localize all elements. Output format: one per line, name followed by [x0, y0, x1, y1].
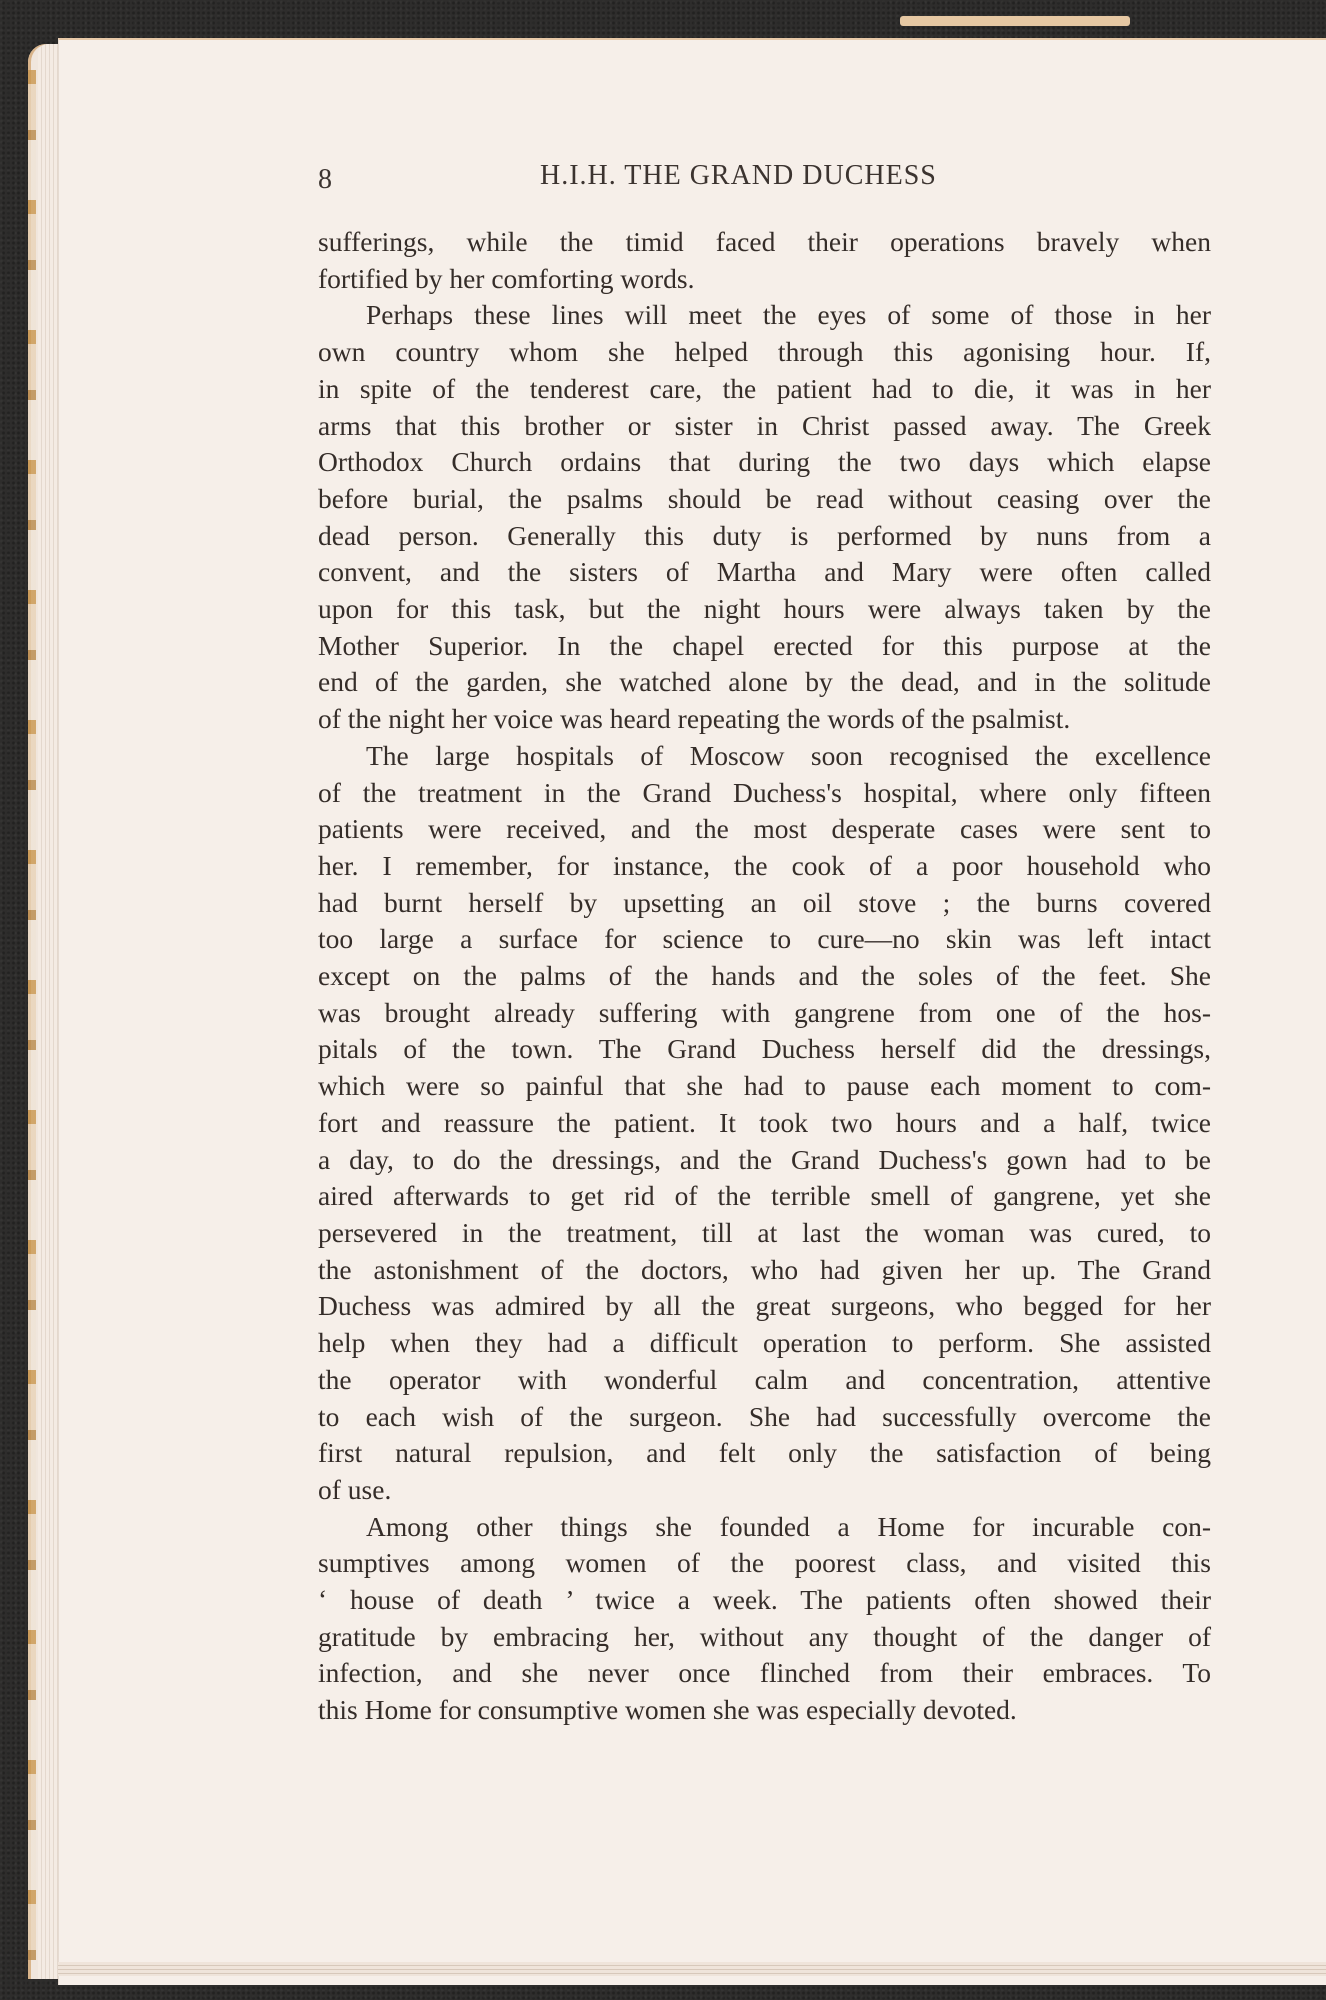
text-line: sumptives among women of the poorest cla…: [318, 1545, 1211, 1582]
text-line: first natural repulsion, and felt only t…: [318, 1435, 1211, 1472]
text-line: too large a surface for science to cure—…: [318, 921, 1211, 958]
text-line: before burial, the psalms should be read…: [318, 481, 1211, 518]
text-line: was brought already suffering with gangr…: [318, 995, 1211, 1032]
text-line: upon for this task, but the night hours …: [318, 591, 1211, 628]
paragraph: sufferings, while the timid faced their …: [318, 224, 1211, 297]
text-line: fortified by her comforting words.: [318, 261, 1211, 298]
text-line: convent, and the sisters of Martha and M…: [318, 554, 1211, 591]
text-line: except on the palms of the hands and the…: [318, 958, 1211, 995]
page-number: 8: [318, 164, 332, 196]
text-line: had burnt herself by upsetting an oil st…: [318, 885, 1211, 922]
text-line: end of the garden, she watched alone by …: [318, 664, 1211, 701]
text-line: infection, and she never once flinched f…: [318, 1655, 1211, 1692]
text-line: pitals of the town. The Grand Duchess he…: [318, 1031, 1211, 1068]
text-line: to each wish of the surgeon. She had suc…: [318, 1399, 1211, 1436]
text-line: fort and reassure the patient. It took t…: [318, 1105, 1211, 1142]
text-line: Perhaps these lines will meet the eyes o…: [318, 297, 1211, 334]
text-line: the operator with wonderful calm and con…: [318, 1362, 1211, 1399]
text-line: her. I remember, for instance, the cook …: [318, 848, 1211, 885]
text-line: ‘ house of death ’ twice a week. The pat…: [318, 1582, 1211, 1619]
text-line: help when they had a difficult operation…: [318, 1325, 1211, 1362]
text-line: dead person. Generally this duty is perf…: [318, 518, 1211, 555]
text-line: Duchess was admired by all the great sur…: [318, 1288, 1211, 1325]
text-line: Orthodox Church ordains that during the …: [318, 444, 1211, 481]
page-edges: [38, 44, 58, 1979]
text-line: arms that this brother or sister in Chri…: [318, 408, 1211, 445]
running-title: H.I.H. THE GRAND DUCHESS: [540, 160, 937, 192]
gilt-page-edge: [28, 70, 36, 1960]
text-line: of the night her voice was heard repeati…: [318, 701, 1211, 738]
top-gilt-edge: [900, 16, 1130, 26]
running-head: 8 H.I.H. THE GRAND DUCHESS: [318, 160, 1256, 200]
text-line: the astonishment of the doctors, who had…: [318, 1252, 1211, 1289]
text-line: persevered in the treatment, till at las…: [318, 1215, 1211, 1252]
text-line: sufferings, while the timid faced their …: [318, 224, 1211, 261]
text-line: Mother Superior. In the chapel erected f…: [318, 628, 1211, 665]
text-line: patients were received, and the most des…: [318, 811, 1211, 848]
text-line: The large hospitals of Moscow soon recog…: [318, 738, 1211, 775]
text-line: this Home for consumptive women she was …: [318, 1692, 1211, 1729]
paragraph: The large hospitals of Moscow soon recog…: [318, 738, 1211, 1509]
text-line: which were so painful that she had to pa…: [318, 1068, 1211, 1105]
text-line: in spite of the tenderest care, the pati…: [318, 371, 1211, 408]
bottom-page-edges: [58, 1962, 1326, 1976]
text-line: a day, to do the dressings, and the Gran…: [318, 1142, 1211, 1179]
text-line: gratitude by embracing her, without any …: [318, 1619, 1211, 1656]
text-line: of the treatment in the Grand Duchess's …: [318, 775, 1211, 812]
paragraph: Perhaps these lines will meet the eyes o…: [318, 297, 1211, 737]
text-line: own country whom she helped through this…: [318, 334, 1211, 371]
body-text: sufferings, while the timid faced their …: [318, 224, 1211, 1729]
text-line: of use.: [318, 1472, 1211, 1509]
paragraph: Among other things she founded a Home fo…: [318, 1509, 1211, 1729]
text-line: aired afterwards to get rid of the terri…: [318, 1178, 1211, 1215]
text-line: Among other things she founded a Home fo…: [318, 1509, 1211, 1546]
